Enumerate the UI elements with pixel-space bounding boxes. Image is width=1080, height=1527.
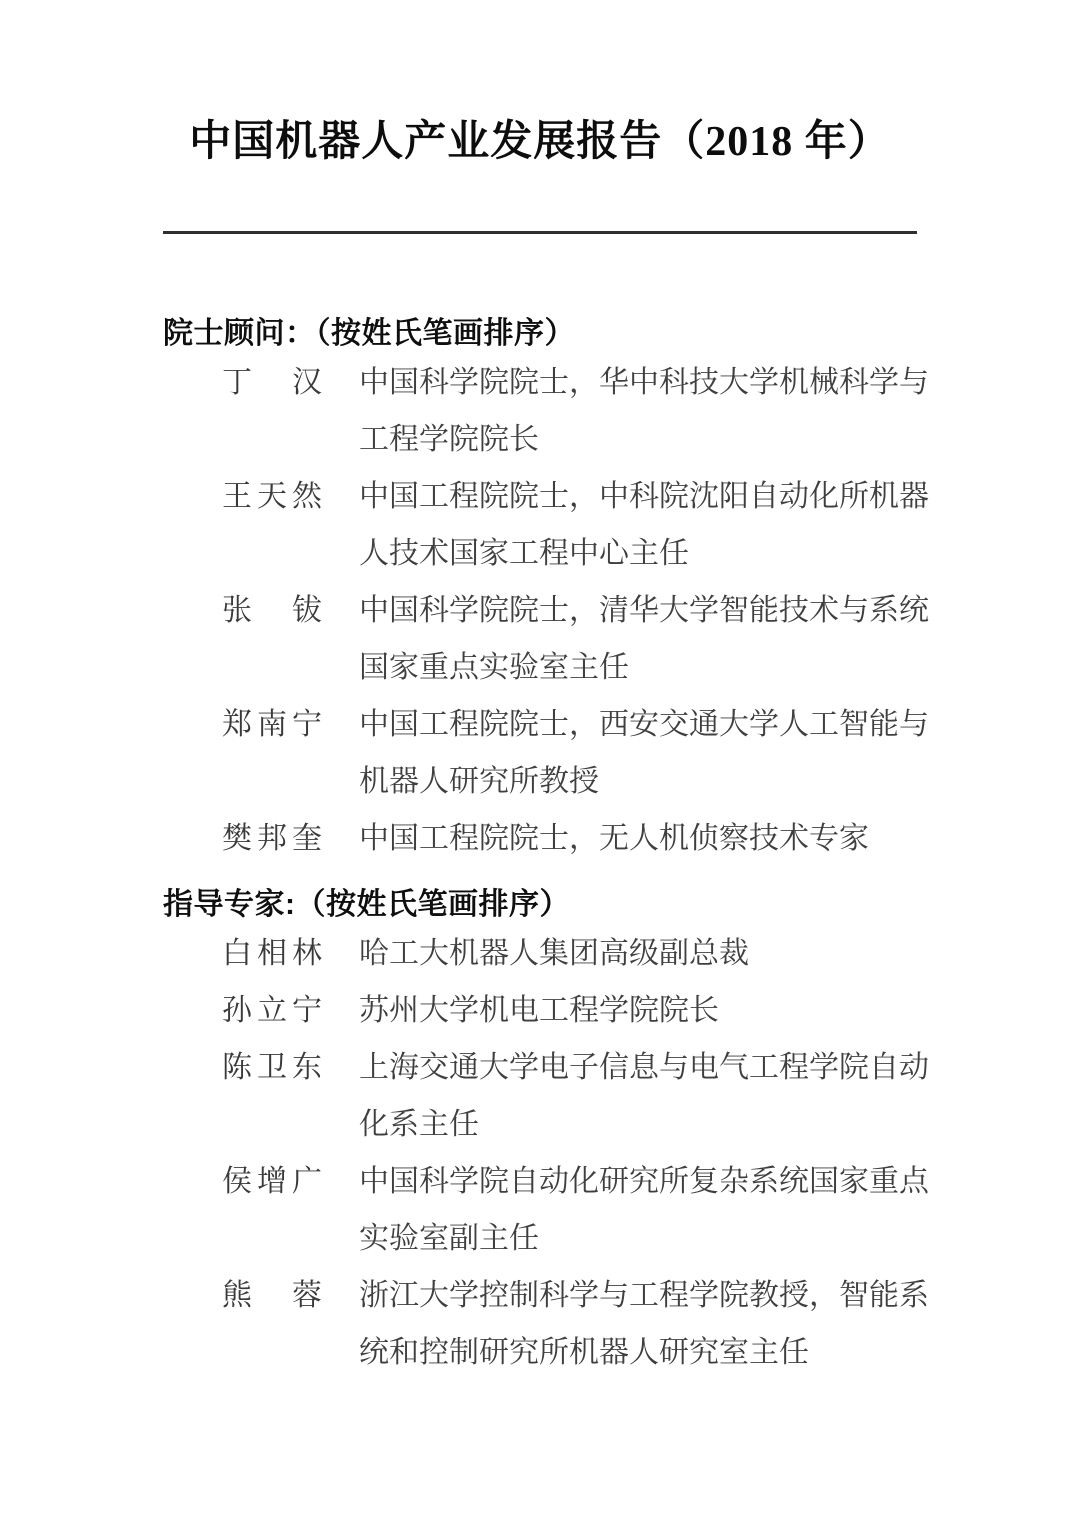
person-name: 熊 蓉: [222, 1267, 359, 1324]
list-item: 郑南宁 中国工程院院士，西安交通大学人工智能与机器人研究所教授: [163, 696, 917, 810]
person-name: 樊邦奎: [222, 810, 359, 867]
list-item: 丁 汉 中国科学院院士，华中科技大学机械科学与工程学院院长: [163, 354, 917, 468]
section-heading-advisors: 院士顾问：（按姓氏笔画排序）: [163, 314, 917, 354]
list-item: 樊邦奎 中国工程院院士，无人机侦察技术专家: [163, 810, 917, 867]
person-description: 上海交通大学电子信息与电气工程学院自动化系主任: [359, 1039, 931, 1153]
list-item: 侯增广 中国科学院自动化研究所复杂系统国家重点实验室副主任: [163, 1153, 917, 1267]
person-description: 浙江大学控制科学与工程学院教授，智能系统和控制研究所机器人研究室主任: [359, 1267, 931, 1381]
person-description: 苏州大学机电工程学院院长: [359, 982, 931, 1039]
person-description: 中国科学院院士，华中科技大学机械科学与工程学院院长: [359, 354, 931, 468]
person-name: 张 钹: [222, 582, 359, 639]
list-item: 陈卫东 上海交通大学电子信息与电气工程学院自动化系主任: [163, 1039, 917, 1153]
person-description: 中国工程院院士，中科院沈阳自动化所机器人技术国家工程中心主任: [359, 468, 931, 582]
list-item: 孙立宁 苏州大学机电工程学院院长: [163, 982, 917, 1039]
person-description: 中国科学院院士，清华大学智能技术与系统国家重点实验室主任: [359, 582, 931, 696]
section-guiding-experts: 指导专家:（按姓氏笔画排序） 白相林 哈工大机器人集团高级副总裁 孙立宁 苏州大…: [163, 885, 917, 1381]
report-title: 中国机器人产业发展报告（2018 年）: [163, 0, 917, 168]
list-item: 张 钹 中国科学院院士，清华大学智能技术与系统国家重点实验室主任: [163, 582, 917, 696]
list-item: 王天然 中国工程院院士，中科院沈阳自动化所机器人技术国家工程中心主任: [163, 468, 917, 582]
person-description: 哈工大机器人集团高级副总裁: [359, 925, 931, 982]
person-description: 中国工程院院士，西安交通大学人工智能与机器人研究所教授: [359, 696, 931, 810]
person-name: 王天然: [222, 468, 359, 525]
person-name: 白相林: [222, 925, 359, 982]
title-rule: [163, 231, 917, 234]
person-name: 侯增广: [222, 1153, 359, 1210]
person-name: 孙立宁: [222, 982, 359, 1039]
section-heading-experts: 指导专家:（按姓氏笔画排序）: [163, 885, 917, 925]
person-description: 中国科学院自动化研究所复杂系统国家重点实验室副主任: [359, 1153, 931, 1267]
list-item: 白相林 哈工大机器人集团高级副总裁: [163, 925, 917, 982]
document-page: 中国机器人产业发展报告（2018 年） 院士顾问：（按姓氏笔画排序） 丁 汉 中…: [0, 0, 1080, 1527]
person-name: 丁 汉: [222, 354, 359, 411]
list-item: 熊 蓉 浙江大学控制科学与工程学院教授，智能系统和控制研究所机器人研究室主任: [163, 1267, 917, 1381]
person-description: 中国工程院院士，无人机侦察技术专家: [359, 810, 931, 867]
person-name: 陈卫东: [222, 1039, 359, 1096]
section-academician-advisors: 院士顾问：（按姓氏笔画排序） 丁 汉 中国科学院院士，华中科技大学机械科学与工程…: [163, 314, 917, 867]
person-name: 郑南宁: [222, 696, 359, 753]
